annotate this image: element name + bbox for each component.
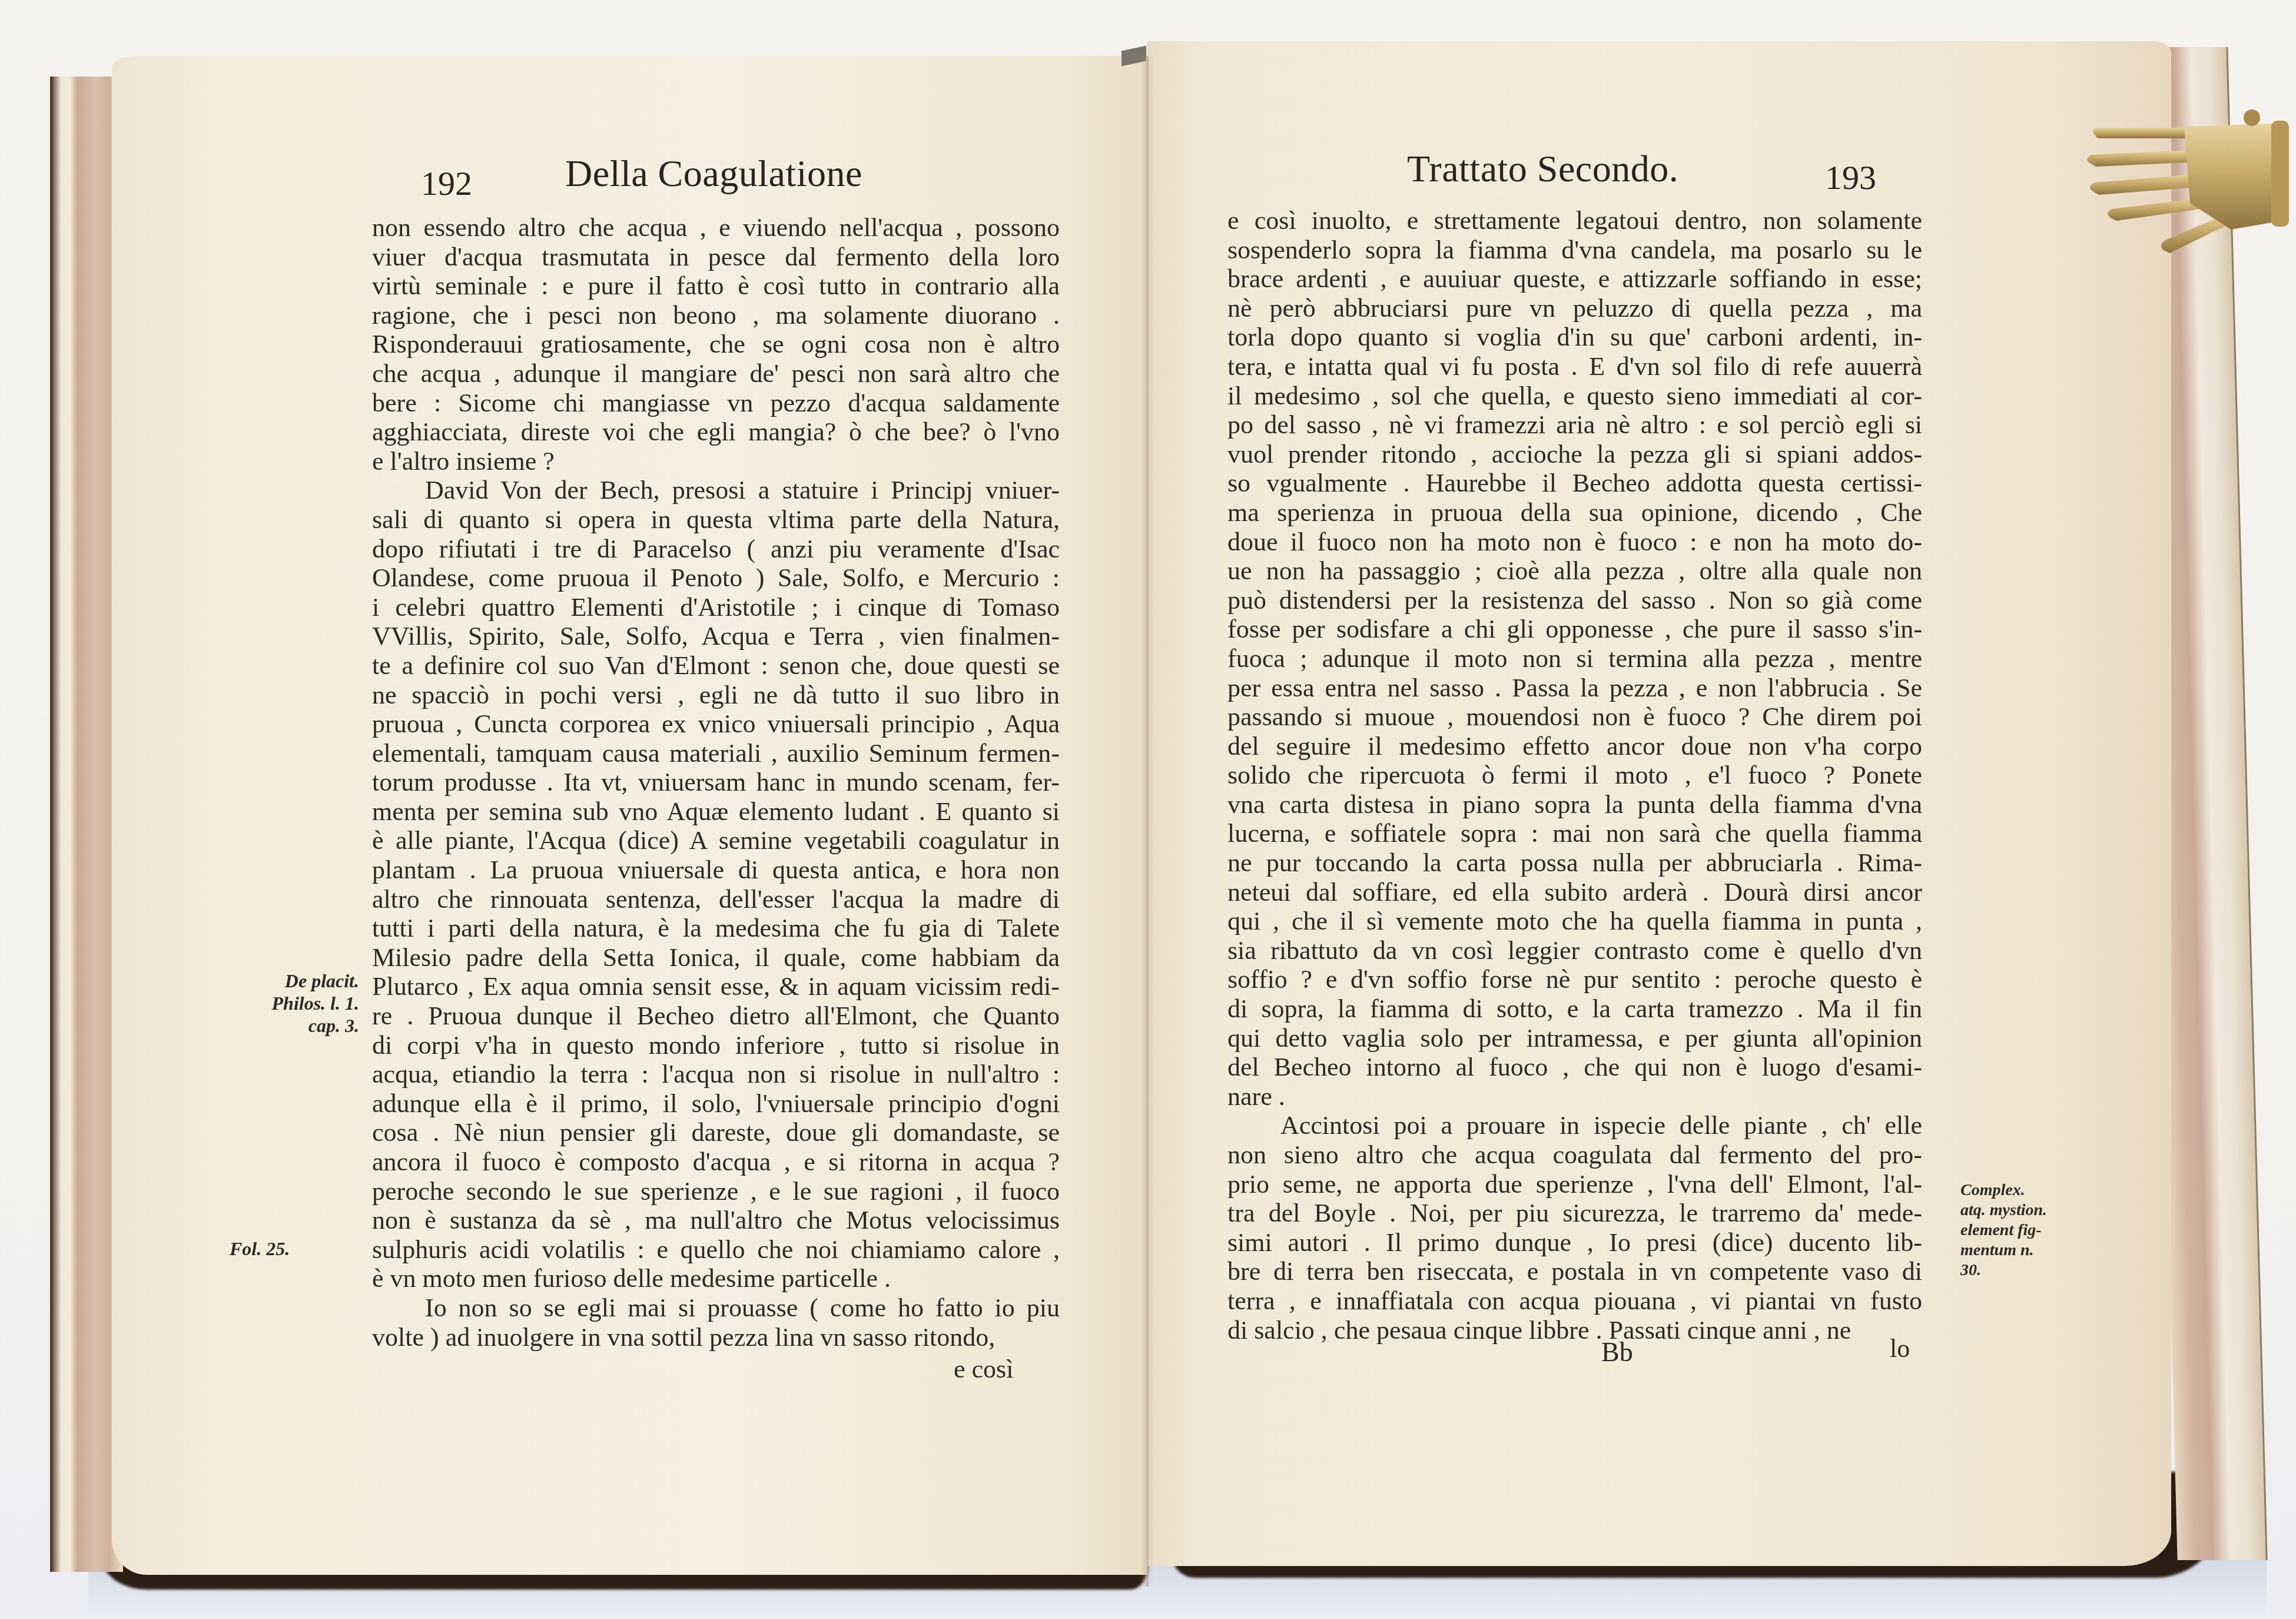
text-line: passando si muoue , mouendosi non è fuoc… — [1227, 702, 1922, 732]
text-line: simi autori . Il primo dunque , Io presi… — [1227, 1228, 1922, 1258]
text-line: Plutarco , Ex aqua omnia sensit esse, & … — [372, 972, 1060, 1001]
text-line: Olandese, come pruoua il Penoto ) Sale, … — [372, 563, 1060, 593]
right-running-head: Trattato Secondo. — [1407, 147, 1678, 191]
text-line: viuer d'acqua trasmutata in pesce dal fe… — [372, 243, 1060, 272]
text-line: di sopra, la fiamma di sotto, e la carta… — [1227, 994, 1922, 1024]
text-line: fuoca ; adunque il moto non si termina a… — [1227, 644, 1922, 674]
text-line: vna carta distesa in piano sopra la punt… — [1227, 790, 1922, 820]
right-page-number: 193 — [1825, 158, 1876, 197]
text-line: e così inuolto, e strettamente legatoui … — [1227, 206, 1922, 235]
signature-mark: Bb — [1601, 1336, 1633, 1368]
text-line: i celebri quattro Elementi d'Aristotile … — [372, 593, 1060, 622]
text-line: brace ardenti , e auuiuar queste, e atti… — [1227, 264, 1922, 294]
text-line: peroche secondo le sue sperienze , e le … — [372, 1177, 1060, 1206]
text-line: non essendo altro che acqua , e viuendo … — [372, 213, 1060, 243]
text-line: qui detto vaglia solo per intramessa, e … — [1227, 1024, 1922, 1053]
text-line: Io non so se egli mai si prouasse ( come… — [372, 1293, 1060, 1323]
text-line: ragione, che i pesci non beono , ma sola… — [372, 301, 1060, 330]
margin-note-line: element fig- — [1960, 1220, 2047, 1240]
text-line: David Von der Bech, presosi a statuire i… — [372, 476, 1060, 505]
text-line: Risponderauui gratiosamente, che se ogni… — [372, 330, 1060, 359]
text-line: elementali, tamquam causa materiali , au… — [372, 739, 1060, 768]
margin-note-de-placit: De placit.Philos. l. 1.cap. 3. — [247, 970, 359, 1037]
text-line: sulphuris acidi volatilis : e quello che… — [372, 1235, 1060, 1265]
text-line: e l'altro insieme ? — [372, 447, 1060, 476]
text-line: fosse per sodisfare a chi gli opponesse … — [1227, 615, 1922, 644]
text-line: ancora il fuoco è composto d'acqua , e s… — [372, 1147, 1060, 1177]
text-line: per essa entra nel sasso . Passa la pezz… — [1227, 674, 1922, 703]
text-line: bere : Sicome chi mangiasse vn pezzo d'a… — [372, 389, 1060, 418]
margin-note-fol-25: Fol. 25. — [230, 1238, 290, 1260]
text-line: altro che rinnouata sentenza, dell'esser… — [372, 885, 1060, 914]
text-line: so vgualmente . Haurebbe il Becheo addot… — [1227, 469, 1922, 498]
text-line: re . Pruoua dunque il Becheo dietro all'… — [372, 1001, 1060, 1031]
text-line: po del sasso , nè vi framezzi aria nè al… — [1227, 410, 1922, 440]
text-line: bre di terra ben risecca­ta, e postala i… — [1227, 1257, 1922, 1286]
text-line: di corpi v'ha in questo mondo inferiore … — [372, 1031, 1060, 1060]
text-line: ne pur toccando la carta possa nulla per… — [1227, 848, 1922, 878]
text-line: pruoua , Cuncta corporea ex vnico vniuer… — [372, 709, 1060, 739]
text-line: soffio ? e d'vn soffio forse nè pur sent… — [1227, 965, 1922, 994]
text-line: vuol prender ritondo , accioche la pezza… — [1227, 440, 1922, 469]
text-line: Milesio padre della Setta Ionica, il qua… — [372, 943, 1060, 973]
margin-note-line: Fol. 25. — [230, 1238, 290, 1260]
margin-note-line: Complex. — [1960, 1180, 2047, 1200]
text-line: acqua, etiandio la terra : l'acqua non s… — [372, 1060, 1060, 1089]
text-line: agghiacciata, direste voi che egli mangi… — [372, 417, 1060, 447]
text-line: te a definire col suo Van d'Elmont : sen… — [372, 651, 1060, 681]
left-text-column: non essendo altro che acqua , e viuendo … — [372, 213, 1060, 1352]
text-line: che acqua , adunque il mangiare de' pesc… — [372, 359, 1060, 389]
margin-note-line: 30. — [1960, 1260, 2047, 1280]
text-line: solido che ripercuota ò fermi il moto , … — [1227, 761, 1922, 790]
left-catchword: e così — [954, 1354, 1013, 1384]
text-line: è vn moto men furioso delle medesime par… — [372, 1264, 1060, 1293]
text-line: neteui dal soffiare, ed ella subito arde… — [1227, 878, 1922, 907]
left-page-number: 192 — [421, 164, 472, 203]
text-line: sali di quanto si opera in questa vltima… — [372, 505, 1060, 535]
text-line: non è sustanza da sè , ma null'altro che… — [372, 1206, 1060, 1235]
margin-note-line: atq. mystion. — [1960, 1200, 2047, 1220]
text-line: sia ribattuto da vn così leggier contras… — [1227, 936, 1922, 966]
text-line: torla dopo quanto si voglia d'in su que'… — [1227, 323, 1922, 352]
margin-note-line: mentum n. — [1960, 1240, 2047, 1260]
brass-hand-clip-icon — [2078, 103, 2296, 274]
text-line: doue il fuoco non ha moto non è fuoco : … — [1227, 527, 1922, 557]
margin-note-line: Philos. l. 1. — [247, 992, 359, 1014]
text-line: menta per semina sub vno Aquæ elemento l… — [372, 797, 1060, 827]
text-line: torum produsse . Ita vt, vniuersam hanc … — [372, 768, 1060, 797]
text-line: Accintosi poi a prouare in ispecie delle… — [1227, 1111, 1922, 1140]
text-line: adunque ella è il primo, il solo, l'vniu… — [372, 1089, 1060, 1119]
text-line: cosa . Nè niun pensier gli dareste, doue… — [372, 1118, 1060, 1147]
text-line: il medesimo , sol che quella, e questo s… — [1227, 381, 1922, 411]
text-line: nè però abbruciarsi pure vn peluzzo di q… — [1227, 294, 1922, 323]
right-text-column: e così inuolto, e strettamente legatoui … — [1227, 206, 1922, 1345]
text-line: VVillis, Spirito, Sale, Solfo, Acqua e T… — [372, 622, 1060, 651]
margin-note-complex: Complex.atq. mystion.element fig-mentum … — [1960, 1180, 2047, 1280]
text-line: terra , e innaffiatala con acqua piouana… — [1227, 1286, 1922, 1316]
text-line: prio seme, ne apporta due sperienze , l'… — [1227, 1170, 1922, 1199]
text-line: qui , che il sì vemente moto che ha quel… — [1227, 907, 1922, 936]
text-line: dopo rifiutati i tre di Paracelso ( anzi… — [372, 535, 1060, 564]
gutter — [1141, 56, 1154, 1587]
left-running-head: Della Coagulatione — [565, 152, 862, 195]
text-line: del seguire il medesimo effetto ancor do… — [1227, 732, 1922, 761]
text-line: sospenderlo sopra la fiamma d'vna candel… — [1227, 235, 1922, 265]
margin-note-line: cap. 3. — [247, 1014, 359, 1037]
text-line: è alle piante, l'Acqua (dice) A semine v… — [372, 826, 1060, 855]
text-line: tra del Boyle . Noi, per piu sicurezza, … — [1227, 1199, 1922, 1228]
text-line: lucerna, e soffiatele sopra : mai non sa… — [1227, 819, 1922, 848]
right-catchword: lo — [1890, 1333, 1910, 1363]
text-line: non sieno altro che acqua coagulata dal … — [1227, 1140, 1922, 1170]
text-line: volte ) ad inuolgere in vna sottil pezza… — [372, 1323, 1060, 1352]
text-line: virtù seminale : e pure il fatto è così … — [372, 271, 1060, 301]
text-line: nare . — [1227, 1082, 1922, 1112]
text-line: plantam . La pruoua vniuersale di questa… — [372, 855, 1060, 885]
text-line: può distendersi per la resistenza del sa… — [1227, 586, 1922, 615]
text-line: ma sperienza in pruoua della sua opinion… — [1227, 498, 1922, 527]
text-line: tutti i parti della natura, è la medesim… — [372, 914, 1060, 943]
margin-note-line: De placit. — [247, 970, 359, 992]
text-line: tera, e intatta qual vi fu posta . E d'v… — [1227, 352, 1922, 381]
text-line: ne spacciò in pochi versi , egli ne dà t… — [372, 681, 1060, 710]
text-line: di salcio , che pesaua cinque libbre . P… — [1227, 1316, 1922, 1345]
text-line: ue non ha passaggio ; cioè alla pezza , … — [1227, 556, 1922, 586]
text-line: del Becheo intorno al fuoco , che qui no… — [1227, 1053, 1922, 1082]
